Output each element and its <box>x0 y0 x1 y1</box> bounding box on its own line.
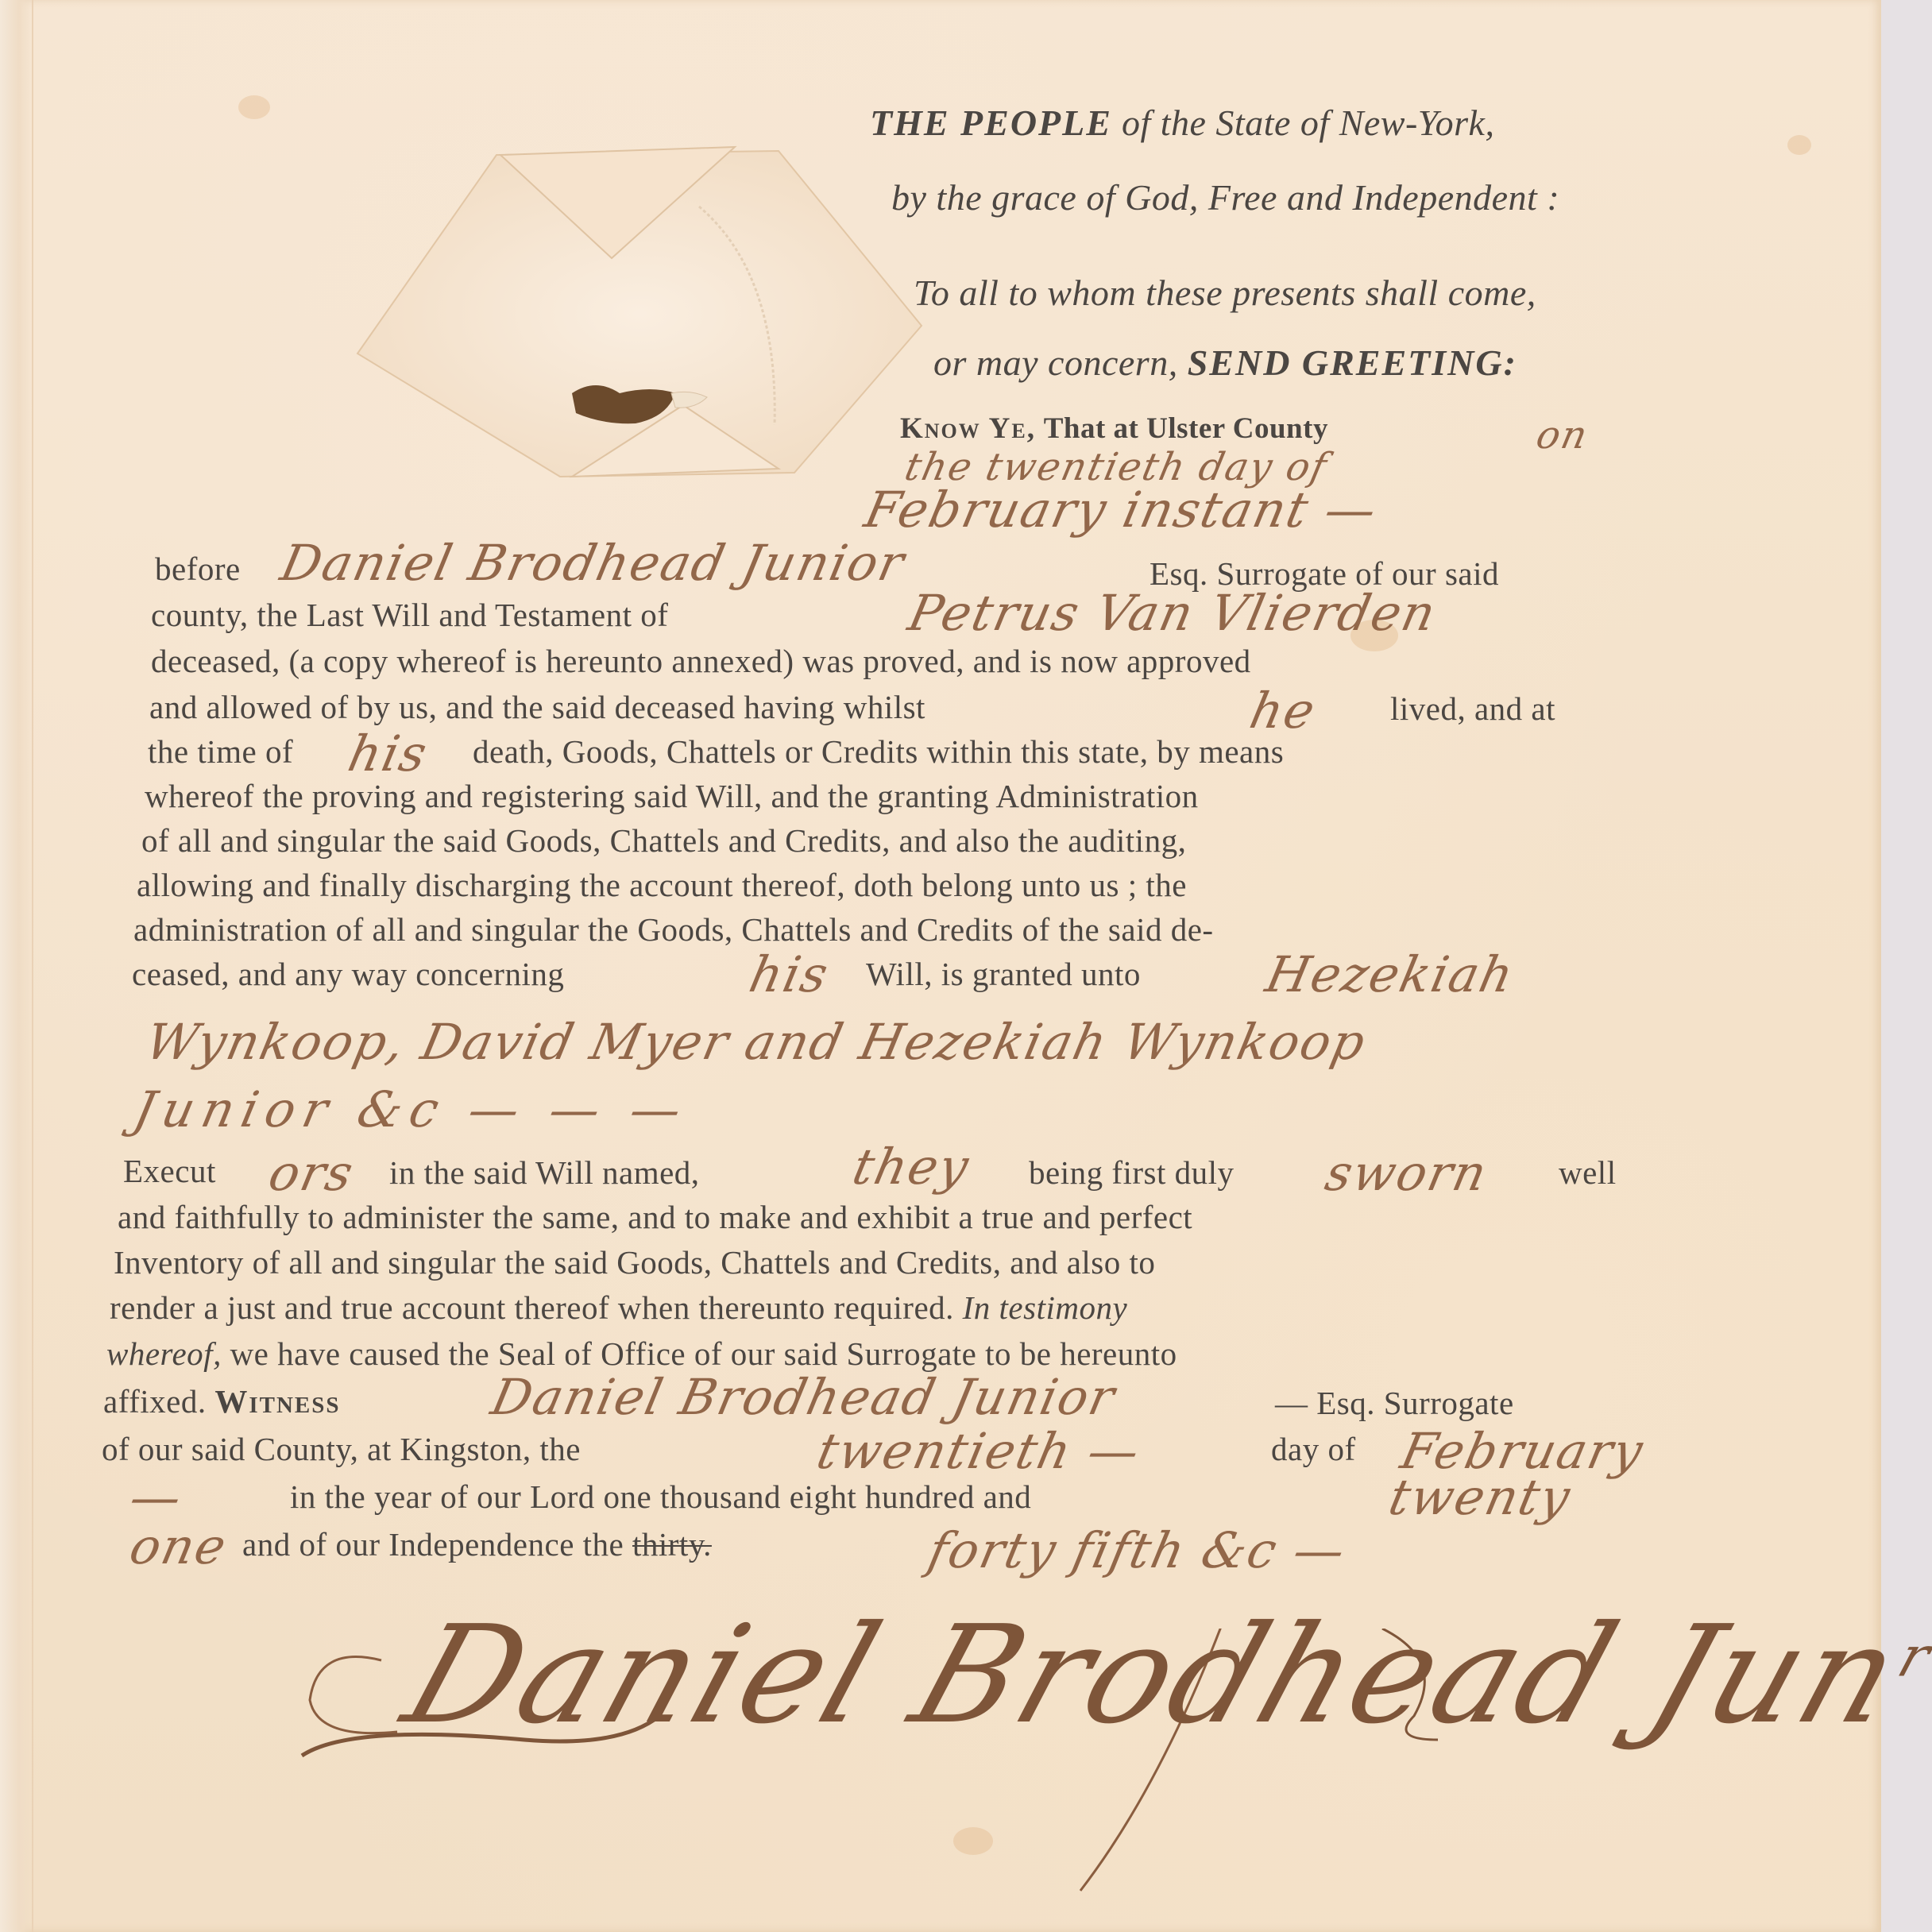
body-line-7: of all and singular the said Goods, Chat… <box>141 821 1186 860</box>
heading-line-2: by the grace of God, Free and Independen… <box>891 176 1559 218</box>
handwritten-his: his <box>343 724 433 782</box>
handwritten-sworn: sworn <box>1320 1144 1493 1202</box>
handwritten-ors: ors <box>264 1144 359 1202</box>
body-line-1a: before <box>155 550 241 588</box>
body-line-15: Inventory of all and singular the said G… <box>114 1243 1155 1281</box>
heading-line-1: THE PEOPLE of the State of New-York, <box>870 102 1494 144</box>
foxing-spot <box>238 95 270 119</box>
body-line-5b: death, Goods, Chattels or Credits within… <box>473 732 1284 771</box>
document-paper: THE PEOPLE of the State of New-York, by … <box>0 0 1881 1932</box>
body-line-5a: the time of <box>148 732 293 771</box>
heading-line-3: To all to whom these presents shall come… <box>914 272 1536 314</box>
body-line-10a: ceased, and any way concerning <box>132 955 564 993</box>
body-line-4a: and allowed of by us, and the said decea… <box>149 688 925 726</box>
handwritten-junior-etc: Junior &c — — — <box>129 1080 694 1138</box>
handwritten-february-instant: February instant — <box>860 481 1382 539</box>
handwritten-on: on <box>1532 413 1593 458</box>
body-line-20: in the year of our Lord one thousand eig… <box>290 1478 1031 1516</box>
paper-left-fold <box>0 0 33 1932</box>
body-line-18a: affixed. Witness <box>103 1382 341 1420</box>
body-line-2: county, the Last Will and Testament of <box>151 596 668 634</box>
handwritten-hezekiah: Hezekiah <box>1261 945 1520 1003</box>
foxing-spot <box>1787 135 1811 155</box>
body-line-19a: of our said County, at Kingston, the <box>102 1430 581 1468</box>
handwritten-twentieth: twentieth — <box>812 1422 1146 1480</box>
handwritten-his-will: his <box>744 945 834 1003</box>
body-line-3: deceased, (a copy whereof is hereunto an… <box>151 642 1251 680</box>
handwritten-executors-names: Wynkoop, David Myer and Hezekiah Wynkoop <box>141 1013 1371 1071</box>
body-line-10b: Will, is granted unto <box>866 955 1141 993</box>
handwritten-testator-name: Petrus Van Vlierden <box>903 584 1442 642</box>
body-line-14: and faithfully to administer the same, a… <box>118 1198 1192 1236</box>
body-line-21: and of our Independence the thirty. <box>242 1525 712 1563</box>
body-line-9: administration of all and singular the G… <box>133 910 1214 949</box>
body-line-13b: in the said Will named, <box>389 1153 700 1192</box>
body-line-4b: lived, and at <box>1390 690 1555 728</box>
handwritten-he: he <box>1245 682 1321 740</box>
handwritten-they: they <box>848 1138 975 1196</box>
body-line-18b: — Esq. Surrogate <box>1275 1384 1514 1422</box>
paper-seal-icon <box>334 131 937 489</box>
handwritten-witness-name: Daniel Brodhead Junior <box>486 1368 1121 1426</box>
handwritten-forty-fifth: forty fifth &c — <box>923 1521 1351 1579</box>
body-line-17: whereof, we have caused the Seal of Offi… <box>106 1335 1177 1373</box>
handwritten-one: one <box>125 1517 232 1575</box>
body-line-13a: Execut <box>123 1152 216 1190</box>
signature: Daniel Brodhead Junr <box>388 1597 1932 1754</box>
body-line-13c: being first duly <box>1029 1153 1235 1192</box>
handwritten-twenty: twenty <box>1384 1468 1576 1526</box>
body-line-19b: day of <box>1271 1430 1356 1468</box>
body-line-16: render a just and true account thereof w… <box>110 1289 1127 1327</box>
know-ye-line: Know Ye, That at Ulster County <box>900 412 1328 446</box>
handwritten-surrogate-name: Daniel Brodhead Junior <box>276 534 910 592</box>
body-line-8: allowing and finally discharging the acc… <box>137 866 1187 904</box>
body-line-6: whereof the proving and registering said… <box>145 777 1199 815</box>
body-line-13d: well <box>1559 1153 1617 1192</box>
heading-line-4: or may concern, SEND GREETING: <box>933 342 1517 384</box>
